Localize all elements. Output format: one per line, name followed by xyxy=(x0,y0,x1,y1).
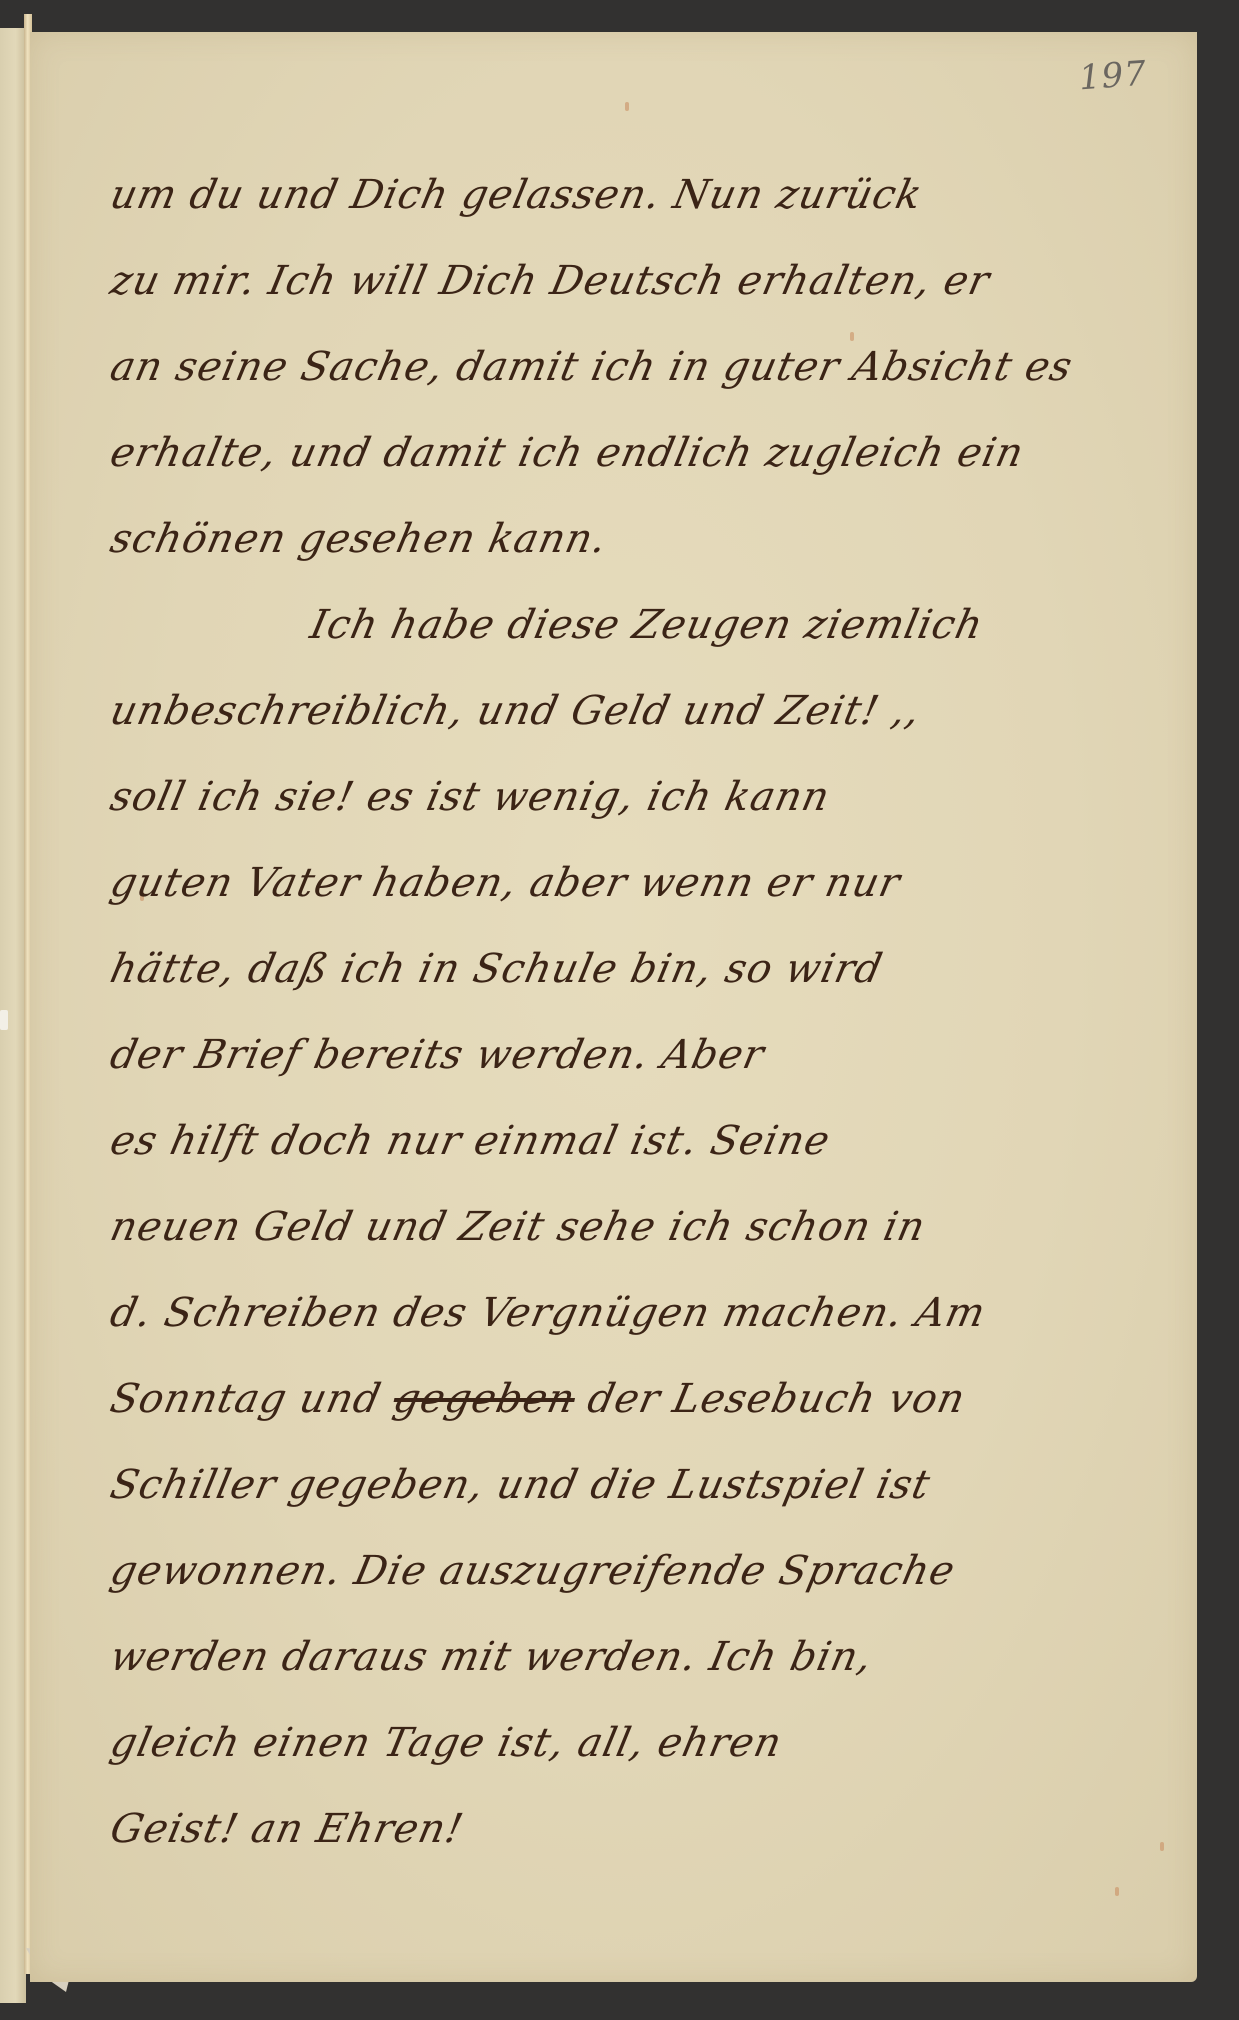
text-line: werden daraus mit werden. Ich bin, xyxy=(102,1614,1000,1700)
text-line: gleich einen Tage ist, all, ehren xyxy=(102,1700,1000,1786)
text-line: erhalte, und damit ich endlich zugleich … xyxy=(102,410,1000,496)
text-line: unbeschreiblich, und Geld und Zeit! ,, xyxy=(102,668,1000,754)
handwritten-text: um du und Dich gelassen. Nun zurück zu m… xyxy=(102,152,982,1872)
text-line: zu mir. Ich will Dich Deutsch erhalten, … xyxy=(102,238,1000,324)
text-line: Schiller gegeben, und die Lustspiel ist xyxy=(102,1442,1000,1528)
text-line-paragraph-start: Ich habe diese Zeugen ziemlich xyxy=(102,582,1000,668)
paper-fleck xyxy=(1115,1887,1119,1896)
text-line: hätte, daß ich in Schule bin, so wird xyxy=(102,926,1000,1012)
text-line-with-strikethrough: Sonntag und gegeben der Lesebuch von xyxy=(102,1356,1000,1442)
page-number: 197 xyxy=(1078,54,1149,99)
scanned-manuscript: 197 um du und Dich gelassen. Nun zurück … xyxy=(0,0,1239,2020)
manuscript-page: 197 um du und Dich gelassen. Nun zurück … xyxy=(30,32,1197,1982)
text-line: d. Schreiben des Vergnügen machen. Am xyxy=(102,1270,1000,1356)
text-line: gewonnen. Die auszugreifende Sprache xyxy=(102,1528,1000,1614)
paper-fleck xyxy=(625,102,629,111)
text-line: der Brief bereits werden. Aber xyxy=(102,1012,1000,1098)
text-line: neuen Geld und Zeit sehe ich schon in xyxy=(102,1184,1000,1270)
binding-mark xyxy=(0,1010,8,1030)
text-line: um du und Dich gelassen. Nun zurück xyxy=(102,152,1000,238)
text-line: guten Vater haben, aber wenn er nur xyxy=(102,840,1000,926)
paper-fleck xyxy=(1160,1842,1164,1851)
text-line: soll ich sie! es ist wenig, ich kann xyxy=(102,754,1000,840)
text-line: es hilft doch nur einmal ist. Seine xyxy=(102,1098,1000,1184)
text-line: schönen gesehen kann. xyxy=(102,496,1000,582)
struck-word: gegeben xyxy=(389,1376,579,1422)
text-line: an seine Sache, damit ich in guter Absic… xyxy=(102,324,1000,410)
text-line: Geist! an Ehren! xyxy=(102,1786,1000,1872)
